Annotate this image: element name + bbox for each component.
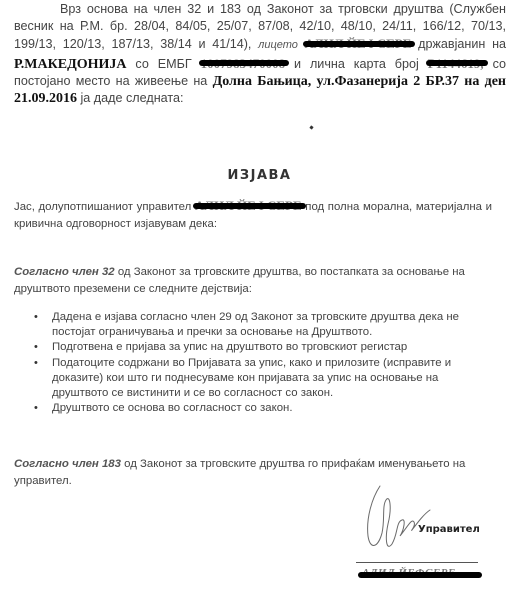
address: Долна Бањица, ул.Фазанерија 2 БР.37 на д… [213,74,506,89]
actions-list: •Дадена е изјава согласно член 29 од Зак… [34,310,486,416]
redacted-embg: 1007983470008 [201,55,286,72]
signature-scribble [352,478,432,568]
country: Р.МАКЕДОНИЈА [14,57,127,72]
id-card-label: и лична карта број [294,57,419,71]
redacted-id-number: Р1144619, [428,55,484,72]
bullet-icon: • [34,401,38,416]
intro-ending: ја даде следната: [81,91,184,105]
bullet-icon: • [34,310,38,325]
date: 21.09.2016 [14,91,77,106]
redaction-bar [193,203,306,209]
redaction-bar [303,41,416,47]
person-label: лицето [258,39,298,51]
signature-line [356,562,478,563]
declaration-paragraph: Јас, долупотпишаниот управител АЛИЛ ЙЕФС… [14,197,492,233]
stray-mark [309,125,313,129]
bullet-icon: • [34,356,38,371]
document-title: ИЗЈАВА [0,168,519,183]
bullet-icon: • [34,340,38,355]
document-page: Врз основа на член 32 и 183 од Законот з… [0,0,519,593]
citizen-label: државјанин на [418,37,506,51]
redacted-signer-name: АЛИЛ ЙЕФСЕРЕ [358,567,482,583]
paragraph-article-32: Согласно член 32 од Законот за трговскит… [14,264,490,297]
redaction-bar [426,60,488,66]
redacted-manager-name: АЛИЛ ЙЕФСЕРЕ [195,197,302,214]
signature-label: Управител [418,524,480,535]
intro-line-2: весник на Р.М. бр. 28/04, 84/05, 25/07, … [14,19,465,33]
list-item: •Друштвото се основа во согласност со за… [34,401,486,416]
intro-paragraph: Врз основа на член 32 и 183 од Законот з… [14,1,506,107]
intro-line-1: Врз основа на член 32 и 183 од Законот з… [60,2,506,16]
list-item: •Податоците содржани во Пријавата за упи… [34,356,486,402]
redacted-name: АЛИЛ ЙЕФСЕРЕ [305,35,412,52]
list-item: •Подготвена е пријава за упис на друштво… [34,340,486,355]
list-item: •Дадена е изјава согласно член 29 од Зак… [34,310,486,340]
redaction-bar [358,572,482,578]
redaction-bar [199,60,290,66]
embg-label: со ЕМБГ [135,57,191,71]
article-reference: Согласно член 183 [14,458,121,470]
article-reference: Согласно член 32 [14,266,115,278]
